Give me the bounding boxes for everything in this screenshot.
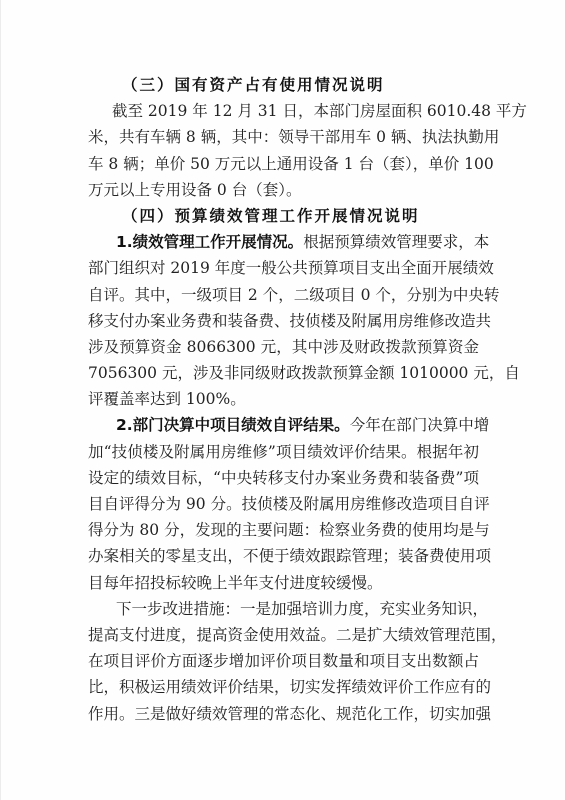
- paragraph-line: 加“技侦楼及附属用房维修”项目绩效评价结果。根据年初: [88, 439, 479, 465]
- paragraph-line: 办案相关的零星支出，不便于绩效跟踪管理；装备费使用项: [88, 543, 479, 569]
- paragraph-line: 7056300 元，涉及非同级财政拨款预算金额 1010000 元，自: [88, 360, 479, 386]
- subsection-1-first-line: 1.绩效管理工作开展情况。根据预算绩效管理要求，本: [88, 229, 479, 255]
- paragraph-line: 移支付办案业务费和装备费、技侦楼及附属用房维修改造共: [88, 308, 479, 334]
- subsection-2-first-line: 2.部门决算中项目绩效自评结果。今年在部门决算中增: [88, 412, 479, 438]
- paragraph-line: 作用。三是做好绩效管理的常态化、规范化工作，切实加强: [88, 701, 479, 727]
- paragraph-line: 目每年招投标较晚上半年支付进度较缓慢。: [88, 570, 479, 596]
- paragraph-line: 万元以上专用设备 0 台（套）。: [88, 177, 479, 203]
- paragraph-line: 得分为 80 分，发现的主要问题：检察业务费的使用均是与: [88, 517, 479, 543]
- subsection-1-first-text: 根据预算绩效管理要求，本: [303, 233, 489, 251]
- paragraph-line: 车 8 辆；单价 50 万元以上通用设备 1 台（套），单价 100: [88, 151, 479, 177]
- paragraph-line: 涉及预算资金 8066300 元，其中涉及财政拨款预算资金: [88, 334, 479, 360]
- paragraph-line: 自评。其中，一级项目 2 个，二级项目 0 个，分别为中央转: [88, 282, 479, 308]
- paragraph-line: 设定的绩效目标，“中央转移支付办案业务费和装备费”项: [88, 465, 479, 491]
- document-page: （三）国有资产占有使用情况说明 截至 2019 年 12 月 31 日，本部门房…: [0, 0, 565, 800]
- document-body: （三）国有资产占有使用情况说明 截至 2019 年 12 月 31 日，本部门房…: [88, 72, 479, 727]
- subsection-2-first-text: 今年在部门决算中增: [350, 416, 490, 434]
- paragraph-line: 评覆盖率达到 100%。: [88, 386, 479, 412]
- paragraph-line: 米，共有车辆 8 辆，其中：领导干部用车 0 辆、执法执勤用: [88, 124, 479, 150]
- section-heading-assets: （三）国有资产占有使用情况说明: [88, 72, 479, 98]
- paragraph-line: 提高支付进度，提高资金使用效益。二是扩大绩效管理范围，: [88, 622, 479, 648]
- subsection-1-lead: 1.绩效管理工作开展情况。: [116, 233, 303, 251]
- paragraph-line: 目自评得分为 90 分。技侦楼及附属用房维修改造项目自评: [88, 491, 479, 517]
- subsection-2-lead: 2.部门决算中项目绩效自评结果。: [116, 416, 350, 434]
- paragraph-line: 截至 2019 年 12 月 31 日，本部门房屋面积 6010.48 平方: [88, 98, 479, 124]
- improvement-first-line: 下一步改进措施：一是加强培训力度，充实业务知识，: [88, 596, 479, 622]
- paragraph-line: 在项目评价方面逐步增加评价项目数量和项目支出数额占: [88, 648, 479, 674]
- section-heading-performance: （四）预算绩效管理工作开展情况说明: [88, 203, 479, 229]
- paragraph-line: 比，积极运用绩效评价结果，切实发挥绩效评价工作应有的: [88, 674, 479, 700]
- paragraph-line: 部门组织对 2019 年度一般公共预算项目支出全面开展绩效: [88, 255, 479, 281]
